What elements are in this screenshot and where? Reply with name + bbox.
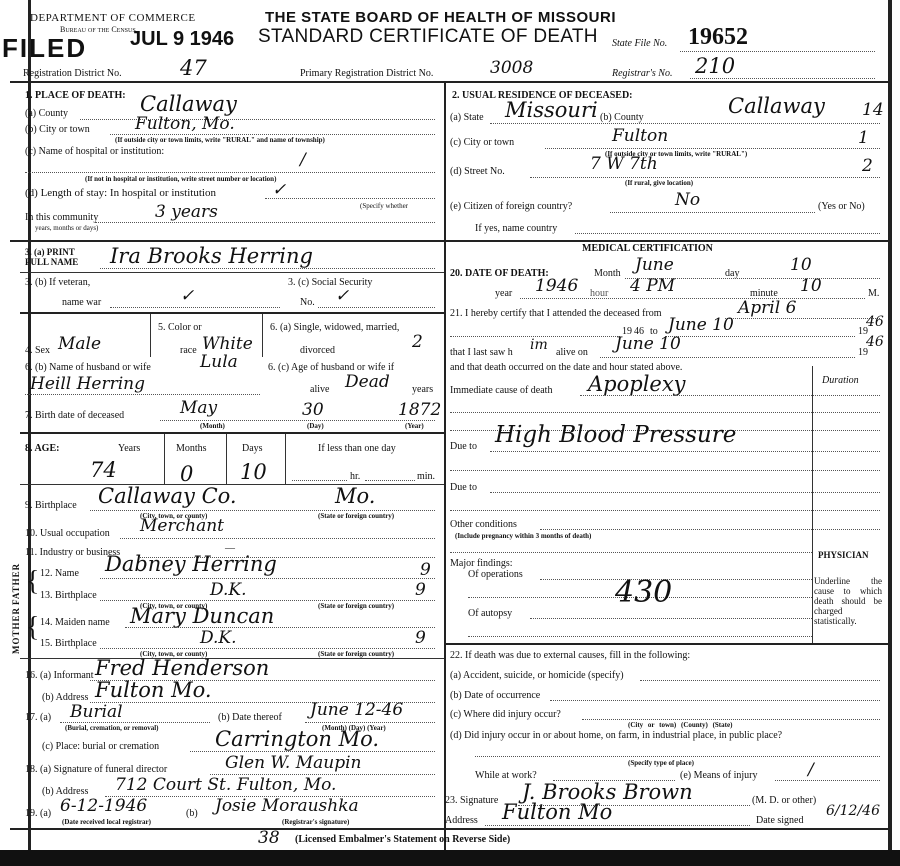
external-c-note: (City or town) (County) (State): [628, 721, 732, 729]
days-label: Days: [242, 443, 263, 454]
birth-day: 30: [302, 400, 324, 420]
last-saw-year: 46: [866, 334, 884, 350]
country-label: If yes, name country: [475, 223, 557, 234]
autopsy-blank: [468, 636, 812, 637]
hospital-line: [25, 172, 435, 173]
father-bp-code: 9: [415, 580, 426, 600]
certifier-address-label: Address: [445, 815, 478, 826]
date-signed-label: Date signed: [756, 815, 804, 826]
marital-label-2: divorced: [300, 345, 335, 356]
attend-from-value: April 6: [738, 298, 796, 318]
state-file-label: State File No.: [612, 38, 667, 49]
hospital-note: (If not in hospital or institution, writ…: [85, 175, 276, 183]
operations-label: Of operations: [468, 569, 523, 580]
res-state-value: Missouri: [505, 98, 598, 122]
birthplace-line: [90, 510, 435, 511]
physician-title: PHYSICIAN: [818, 550, 869, 560]
dod-year-value: 1946: [535, 276, 578, 296]
other-note: (Include pregnancy within 3 months of de…: [455, 532, 591, 540]
attend-to-year: 46: [866, 314, 884, 330]
means-value: /: [808, 760, 814, 780]
external-a-label: (a) Accident, suicide, or homicide (spec…: [450, 670, 624, 681]
findings-label: Major findings:: [450, 558, 513, 569]
external-d-note: (Specify type of place): [628, 759, 694, 767]
res-street-label: (d) Street No.: [450, 166, 505, 177]
registrar-sig-value: Josie Moraushka: [215, 796, 359, 816]
mother-side-label: MOTHER: [11, 614, 21, 654]
burial-date-value: June 12-46: [310, 700, 403, 720]
day-note: (Day): [307, 422, 324, 430]
footer-divider: [10, 828, 888, 830]
cause-blank-1: [450, 412, 880, 413]
res-street-code: 2: [862, 156, 873, 176]
means-line: [775, 780, 880, 781]
registrar-number: 210: [695, 54, 735, 78]
dod-hour-value: 4 PM: [630, 276, 675, 296]
last-saw-label: that I last saw h: [450, 347, 513, 358]
full-name-line: [100, 268, 435, 269]
veteran-value: ✓: [180, 286, 194, 306]
month-note: (Month): [200, 422, 225, 430]
external-b-label: (b) Date of occurrence: [450, 690, 540, 701]
last-saw-line: [600, 357, 855, 358]
document-frame-right: [888, 0, 892, 850]
board-title: THE STATE BOARD OF HEALTH OF MISSOURI: [265, 9, 616, 26]
age-months: 0: [180, 462, 193, 486]
spouse-age-label-2: alive: [310, 384, 329, 395]
spouse-label: 6. (b) Name of husband or wife: [25, 362, 151, 373]
last-saw-pronoun: im: [530, 337, 548, 353]
filed-stamp: FILED: [2, 33, 87, 64]
race-label-2: race: [180, 345, 197, 356]
sex-label: 4. Sex: [25, 345, 50, 356]
registrar-sig-label: (b): [186, 808, 198, 819]
burial-place-line: [190, 751, 435, 752]
medical-title: MEDICAL CERTIFICATION: [582, 243, 713, 254]
other-label: Other conditions: [450, 519, 517, 530]
physician-note: Underline the cause to which death shoul…: [814, 576, 882, 626]
stay-label: (d) Length of stay: In hospital or insti…: [25, 187, 216, 199]
certifier-sig-label: 23. Signature: [445, 795, 498, 806]
res-county-label: (b) County: [600, 112, 644, 123]
medical-divider: [446, 643, 888, 645]
dod-label: 20. DATE OF DEATH:: [450, 268, 549, 279]
mother-bp-code: 9: [415, 628, 426, 648]
citizen-suffix: (Yes or No): [818, 201, 865, 212]
received-value: 6-12-1946: [60, 796, 147, 816]
father-name-line: [100, 578, 435, 579]
name-label-1: 3. (a) PRINT: [25, 248, 75, 257]
citizen-value: No: [675, 190, 700, 210]
autopsy-label: Of autopsy: [468, 608, 512, 619]
informant-value: Fred Henderson: [95, 656, 269, 680]
scan-bottom-edge: [0, 850, 900, 866]
res-county-value: Callaway: [728, 94, 825, 118]
veteran-line: [110, 307, 280, 308]
reg-district-label: Registration District No.: [23, 68, 122, 79]
death-city-label: (b) City or town: [25, 124, 90, 135]
spouse-age-suffix: years: [412, 384, 433, 395]
months-label: Months: [176, 443, 207, 454]
father-state-note: (State or foreign country): [318, 602, 394, 610]
dod-month-value: June: [635, 255, 674, 275]
mother-brace-icon: {: [26, 614, 39, 642]
spouse-line: [25, 394, 260, 395]
spouse-first: Lula: [200, 352, 238, 372]
received-label: 19. (a): [25, 808, 51, 819]
cause-blank-4: [450, 510, 880, 511]
birth-divider: [20, 432, 444, 434]
duration-column-divider: [812, 366, 813, 644]
name-divider: [20, 272, 444, 273]
mother-name-line: [125, 627, 435, 628]
informant-address-value: Fulton Mo.: [95, 678, 212, 702]
mother-bp-value: D.K.: [200, 628, 237, 648]
external-d-label: (d) Did injury occur in or about home, o…: [450, 730, 782, 741]
years-label: Years: [118, 443, 140, 454]
immediate-value: Apoplexy: [588, 372, 686, 396]
birthplace-label: 9. Birthplace: [25, 500, 77, 511]
ss-label-1: 3. (c) Social Security: [288, 277, 372, 288]
birthplace-state-note: (State or foreign country): [318, 512, 394, 520]
father-brace-icon: {: [26, 568, 39, 596]
name-label-2: FULL NAME: [25, 257, 78, 267]
res-city-label: (c) City or town: [450, 137, 514, 148]
ss-line: [318, 307, 435, 308]
dod-minute-value: 10: [800, 276, 822, 296]
sex-value: Male: [58, 334, 101, 354]
other-blank: [450, 552, 812, 553]
mother-name-label: 14. Maiden name: [40, 617, 110, 628]
dod-line-2: [520, 298, 865, 299]
received-note: (Date received local registrar): [62, 818, 151, 826]
lessday-label: If less than one day: [318, 443, 396, 454]
cause-code: 430: [615, 575, 672, 610]
birthplace-city: Callaway Co.: [98, 484, 237, 508]
mother-bp-label: 15. Birthplace: [40, 638, 97, 649]
stay-hospital-value: ✓: [272, 180, 286, 200]
res-city-line: [545, 148, 880, 149]
country-line: [575, 233, 880, 234]
spouse-age-value: Dead: [345, 372, 390, 392]
spouse-rest: Heill Herring: [30, 374, 145, 394]
external-a-line: [640, 680, 880, 681]
mother-state-note: (State or foreign country): [318, 650, 394, 658]
occupation-value: Merchant: [140, 516, 224, 536]
state-file-number: 19652: [688, 24, 748, 51]
external-title: 22. If death was due to external causes,…: [450, 650, 690, 661]
due-to-1-line: [490, 451, 880, 452]
death-county-value: Callaway: [140, 92, 237, 116]
stay-line: [265, 198, 435, 199]
veteran-label-1: 3. (b) If veteran,: [25, 277, 90, 288]
ss-label-2: No.: [300, 297, 315, 308]
hr-label: hr.: [350, 471, 360, 482]
embalmer-note: (Licensed Embalmer's Statement on Revers…: [295, 834, 510, 845]
death-city-line: [110, 134, 435, 135]
hospital-label: (c) Name of hospital or institution:: [25, 146, 164, 157]
res-state-line: [490, 123, 880, 124]
dod-m-label: M.: [868, 288, 879, 299]
registrar-sig-note: (Registrar's signature): [282, 818, 349, 826]
certifier-address-value: Fulton Mo: [502, 800, 612, 824]
alive-on-label: alive on: [556, 347, 588, 358]
race-divider: [262, 314, 263, 357]
min-label: min.: [417, 471, 435, 482]
father-name-value: Dabney Herring: [105, 552, 277, 576]
hospital-value: /: [300, 150, 306, 170]
age-div-1: [164, 434, 165, 484]
age-div-2: [226, 434, 227, 484]
external-c-line: [582, 719, 880, 720]
burial-date-line: [305, 722, 435, 723]
father-bp-line: [100, 600, 435, 601]
due-to-1-value: High Blood Pressure: [495, 422, 736, 448]
state-file-line: [680, 51, 875, 52]
burial-place-value: Carrington Mo.: [215, 727, 379, 751]
header-divider: [10, 81, 888, 83]
veteran-label-2: name war: [62, 297, 101, 308]
primary-district-label: Primary Registration District No.: [300, 68, 433, 79]
main-column-divider: [444, 242, 446, 850]
race-value: White: [202, 334, 253, 354]
mother-name-value: Mary Duncan: [130, 604, 274, 628]
burial-place-label: (c) Place: burial or cremation: [42, 741, 159, 752]
race-label-1: 5. Color or: [158, 322, 202, 333]
disposal-note: (Burial, cremation, or removal): [65, 724, 159, 732]
director-value: Glen W. Maupin: [225, 753, 362, 773]
age-label: 8. AGE:: [25, 443, 59, 454]
father-bp-value: D.K.: [210, 580, 247, 600]
attend-to-line: [665, 336, 855, 337]
res-street-note: (If rural, give location): [625, 179, 693, 187]
hr-line: [292, 480, 347, 481]
dept-label: DEPARTMENT OF COMMERCE: [30, 12, 196, 24]
certifier-md-label: (M. D. or other): [752, 795, 816, 806]
place-of-death-title: 1. PLACE OF DEATH:: [25, 90, 126, 101]
father-name-label: 12. Name: [40, 568, 79, 579]
birth-line: [160, 420, 435, 421]
external-b-line: [550, 700, 880, 701]
father-bp-label: 13. Birthplace: [40, 590, 97, 601]
citizen-line: [610, 212, 815, 213]
birth-label: 7. Birth date of deceased: [25, 410, 124, 421]
res-state-label: (a) State: [450, 112, 484, 123]
birthplace-state: Mo.: [335, 484, 375, 508]
director-address-value: 712 Court St. Fulton, Mo.: [115, 775, 336, 795]
community-note: years, months or days): [35, 224, 98, 232]
section-divider: [10, 240, 888, 242]
res-county-code: 14: [862, 100, 884, 120]
due-to-2-label: Due to: [450, 482, 477, 493]
age-years: 74: [90, 458, 117, 482]
attend-from-line: [725, 318, 880, 319]
reg-district-number: 47: [180, 56, 207, 80]
attend-to-value: June 10: [668, 315, 734, 335]
father-code: 9: [420, 560, 431, 580]
autopsy-line: [530, 618, 812, 619]
immediate-label: Immediate cause of death: [450, 385, 552, 396]
dod-day-value: 10: [790, 255, 812, 275]
death-city-value: Fulton, Mo.: [135, 114, 235, 134]
res-city-value: Fulton: [612, 126, 668, 146]
death-county-label: (a) County: [25, 108, 68, 119]
res-street-line: [530, 177, 880, 178]
immediate-line: [580, 395, 880, 396]
birth-month: May: [180, 398, 217, 418]
marital-value: 2: [412, 332, 423, 352]
birth-year: 1872: [398, 400, 441, 420]
top-column-divider: [444, 83, 446, 243]
full-name-value: Ira Brooks Herring: [110, 244, 313, 268]
due-to-1-label: Due to: [450, 441, 477, 452]
ss-value: ✓: [335, 286, 349, 306]
primary-district-number: 3008: [490, 58, 533, 78]
cause-blank-3: [450, 470, 880, 471]
filed-stamp-date: JUL 9 1946: [130, 28, 234, 51]
citizen-label: (e) Citizen of foreign country?: [450, 201, 572, 212]
attend-label: 21. I hereby certify that I attended the…: [450, 308, 662, 319]
res-street-value: 7 W 7th: [590, 154, 658, 174]
occupation-line: [120, 538, 435, 539]
min-line: [365, 480, 415, 481]
res-city-code: 1: [858, 128, 869, 148]
duration-label: Duration: [822, 375, 859, 386]
dod-year-label: year: [495, 288, 512, 299]
community-value: 3 years: [155, 202, 218, 222]
disposal-line: [60, 722, 210, 723]
community-line: [95, 222, 435, 223]
informant-label: 16. (a) Informant: [25, 670, 94, 681]
embalmer-number: 38: [258, 828, 280, 848]
operations-line: [540, 579, 812, 580]
certifier-address-line: [485, 825, 750, 826]
death-city-note: (If outside city or town limits, write "…: [115, 136, 325, 144]
veteran-divider: [20, 312, 444, 314]
occupation-label: 10. Usual occupation: [25, 528, 110, 539]
registrar-line: [690, 78, 875, 79]
death-county-line: [80, 119, 435, 120]
external-c-label: (c) Where did injury occur?: [450, 709, 561, 720]
last-saw-value: June 10: [615, 334, 681, 354]
burial-date-label: (b) Date thereof: [218, 712, 282, 723]
other-line: [540, 529, 880, 530]
year-note: (Year): [405, 422, 424, 430]
disposal-label: 17. (a): [25, 712, 51, 723]
due-to-2-line: [490, 492, 880, 493]
registrar-no-label: Registrar's No.: [612, 68, 672, 79]
date-signed-value: 6/12/46: [826, 803, 880, 819]
age-days: 10: [240, 460, 267, 484]
mother-bp-line: [100, 648, 435, 649]
disposal-value: Burial: [70, 702, 123, 722]
marital-label-1: 6. (a) Single, widowed, married,: [270, 322, 399, 333]
father-side-label: FATHER: [11, 565, 21, 605]
sex-divider: [150, 314, 151, 357]
community-label: In this community: [25, 212, 98, 223]
certificate-title: STANDARD CERTIFICATE OF DEATH: [258, 26, 598, 48]
dod-month-label: Month: [594, 268, 621, 279]
external-d-line: [475, 756, 880, 757]
director-label: 18. (a) Signature of funeral director: [25, 764, 167, 775]
age-div-3: [285, 434, 286, 484]
specify-note: (Specify whether: [360, 202, 408, 210]
